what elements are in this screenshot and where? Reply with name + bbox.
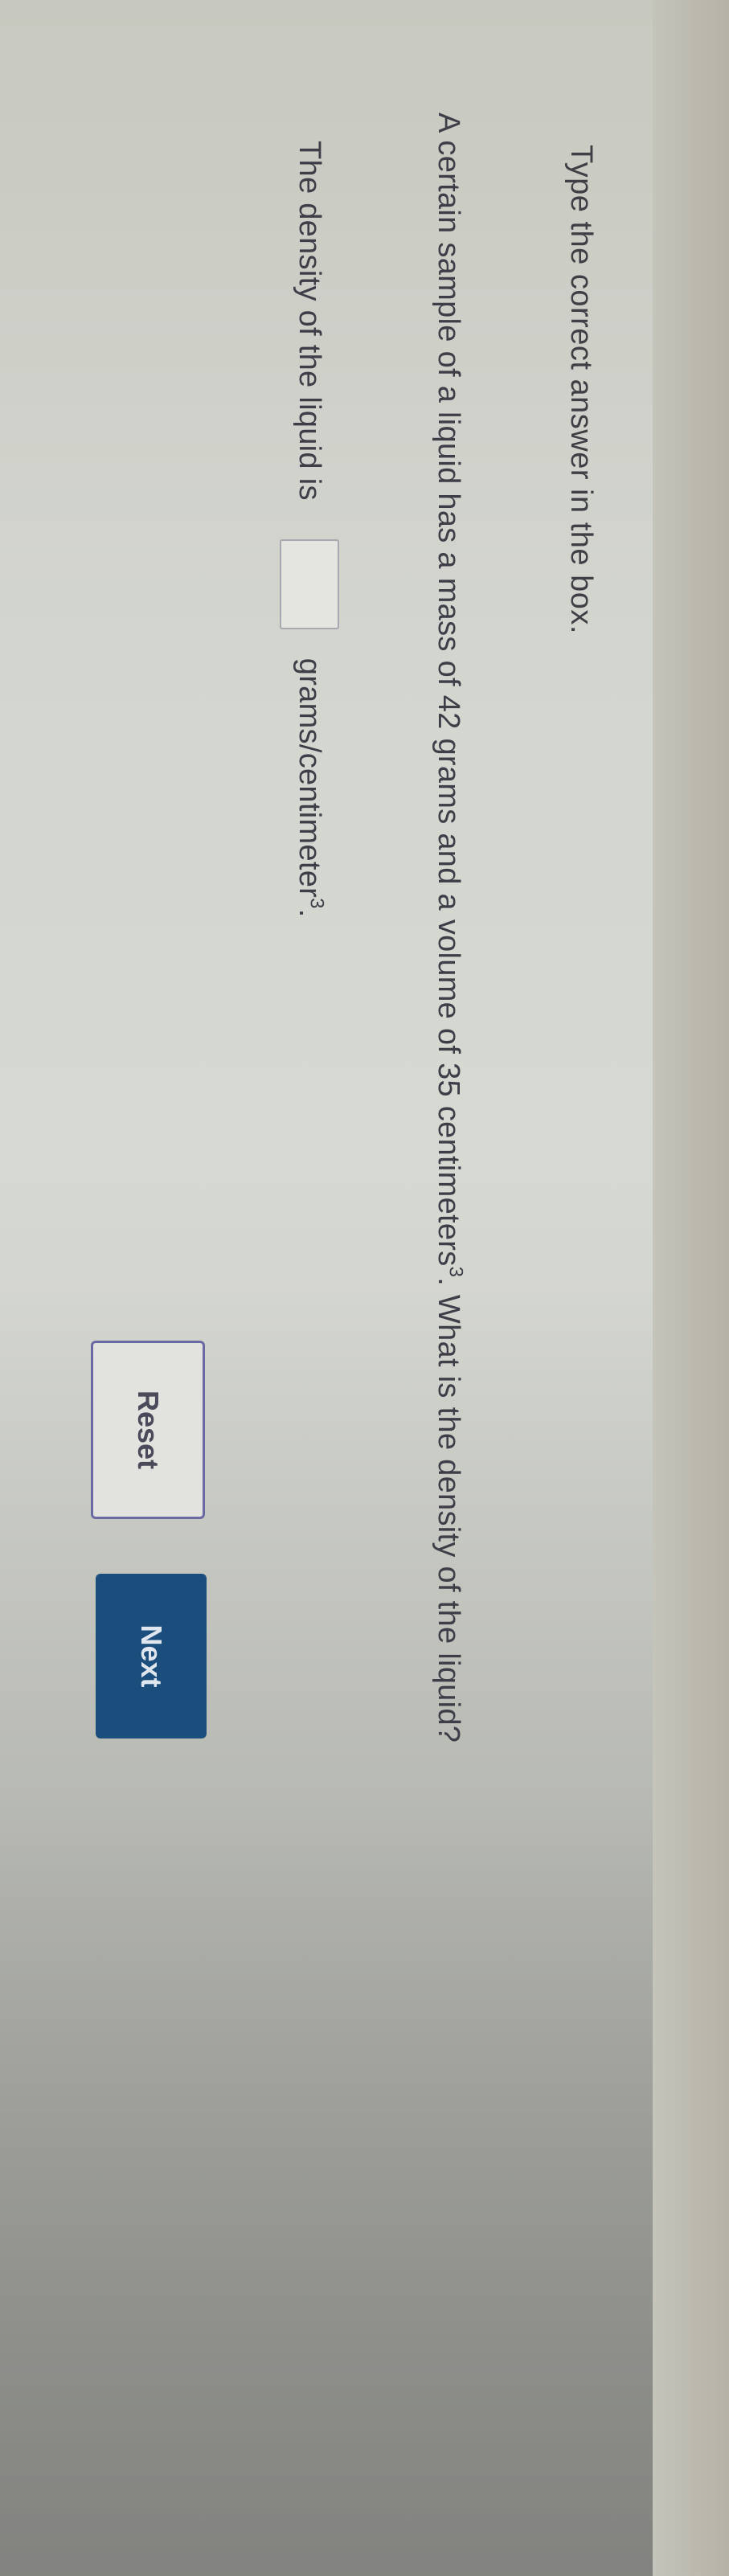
question-page: Type the correct answer in the box. A ce…	[0, 0, 729, 2576]
question-text: A certain sample of a liquid has a mass …	[431, 113, 465, 1743]
density-answer-input[interactable]	[280, 539, 339, 629]
question-superscript: 3	[445, 1267, 467, 1278]
page-top-strip	[653, 0, 729, 2576]
answer-prefix: The density of the liquid is	[293, 141, 327, 501]
answer-unit-superscript: 3	[306, 898, 328, 909]
question-text-main: A certain sample of a liquid has a mass …	[432, 113, 465, 1267]
answer-unit: grams/centimeter3.	[293, 658, 327, 918]
next-button[interactable]: Next	[96, 1574, 207, 1738]
instruction-text: Type the correct answer in the box.	[563, 145, 598, 634]
photo-frame: Type the correct answer in the box. A ce…	[0, 0, 729, 2576]
reset-button[interactable]: Reset	[91, 1341, 205, 1519]
answer-unit-text: grams/centimeter	[293, 658, 327, 898]
answer-suffix: .	[293, 909, 327, 918]
answer-line: The density of the liquid is grams/centi…	[277, 141, 342, 918]
question-text-end: . What is the density of the liquid?	[432, 1277, 465, 1743]
